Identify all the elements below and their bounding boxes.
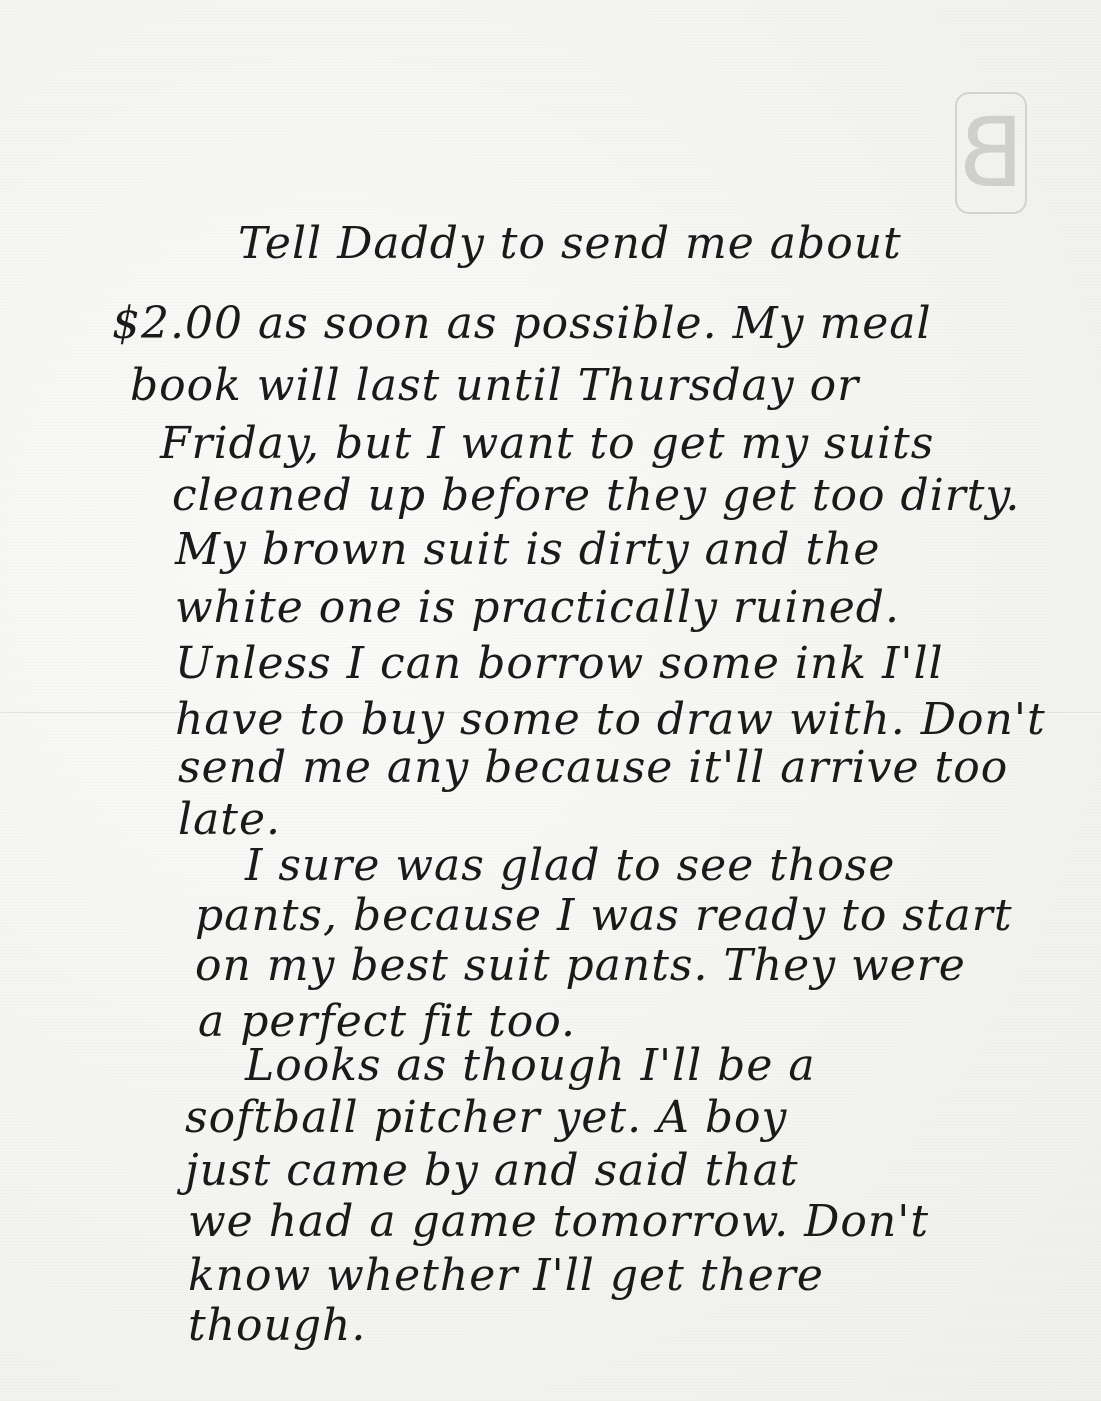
corner-mark-b: B [955,92,1027,214]
letter-line: Friday, but I want to get my suits [160,418,934,469]
letter-line: have to buy some to draw with. Don't [175,694,1046,745]
letter-line: late. [178,794,281,845]
letter-line: book will last until Thursday or [130,360,859,411]
letter-line: Unless I can borrow some ink I'll [175,638,944,689]
letter-line: My brown suit is dirty and the [175,524,880,575]
letter-line: just came by and said that [185,1145,799,1196]
letter-line: I sure was glad to see those [245,840,895,891]
letter-line: softball pitcher yet. A boy [185,1092,787,1143]
letter-line: on my best suit pants. They were [195,940,966,991]
letter-line: Tell Daddy to send me about [238,218,902,269]
letter-line: know whether I'll get there [188,1250,824,1301]
letter-line: white one is practically ruined. [175,582,900,633]
letter-line: send me any because it'll arrive too [178,742,1008,793]
letter-line: we had a game tomorrow. Don't [188,1196,929,1247]
letter-page: B Tell Daddy to send me about $2.00 as s… [0,0,1101,1401]
letter-line: Looks as though I'll be a [245,1040,816,1091]
letter-line: $2.00 as soon as possible. My meal [112,298,932,349]
letter-line: though. [188,1300,366,1351]
letter-line: pants, because I was ready to start [195,890,1013,941]
letter-line: cleaned up before they get too dirty. [172,470,1020,521]
